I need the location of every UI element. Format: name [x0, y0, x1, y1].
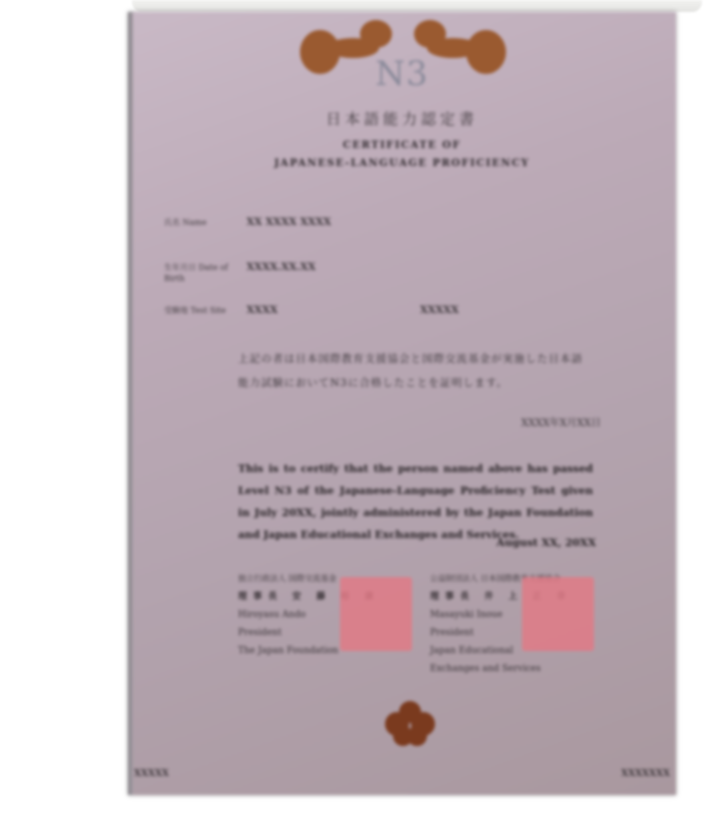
field-test-site: 受験地 Test Site XXXX XXXXX [164, 305, 278, 316]
red-seal-stamp-icon [522, 577, 594, 651]
certificate-title-line-1: CERTIFICATE OF [128, 140, 676, 151]
serial-number-left: XXXXX [134, 769, 169, 779]
certification-text-english: This is to certify that the person named… [238, 458, 593, 546]
emblem-icon [380, 698, 440, 748]
field-name: 氏名 Name XX XXXX XXXX [164, 217, 331, 228]
certificate-paper: N3 日本語能力認定書 CERTIFICATE OF JAPANESE-LANG… [128, 12, 676, 795]
certificate-level: N3 [128, 54, 676, 94]
field-name-value: XX XXXX XXXX [247, 217, 332, 228]
field-birthdate: 生年月日 Date of Birth XXXX.XX.XX [164, 262, 316, 284]
red-seal-stamp-icon [340, 577, 412, 651]
field-test-site-value-2: XXXXX [420, 305, 459, 316]
certification-text-japanese: 上記の者は日本国際教育支援協会と国際交流基金が実施した日本語能力試験においてN3… [238, 347, 583, 395]
field-birthdate-value: XXXX.XX.XX [247, 262, 316, 273]
issue-date-japanese: XXXX年X月XX日 [521, 414, 601, 429]
issue-date-english: August XX, 20XX [496, 537, 596, 549]
certificate-title-japanese: 日本語能力認定書 [128, 108, 676, 129]
field-name-label: 氏名 Name [164, 217, 244, 228]
signature-org-line-2: Exchanges and Services [430, 660, 620, 678]
field-test-site-value: XXXX [247, 305, 278, 316]
serial-number-right: XXXXXXX [621, 769, 670, 779]
field-birthdate-label: 生年月日 Date of Birth [164, 262, 244, 284]
certificate-title-line-2: JAPANESE-LANGUAGE PROFICIENCY [128, 158, 676, 169]
background-edge [132, 0, 702, 12]
field-test-site-label: 受験地 Test Site [164, 305, 244, 316]
